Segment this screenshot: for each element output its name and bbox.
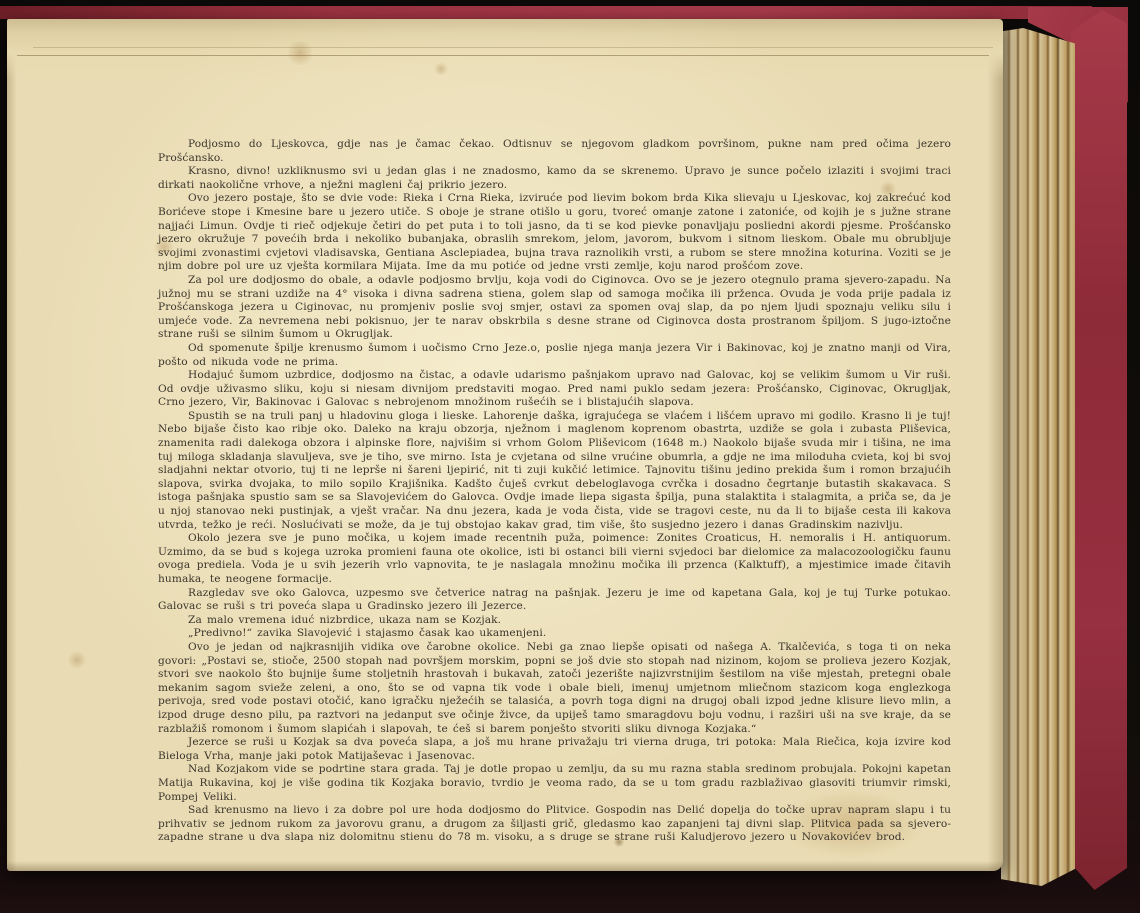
paragraph: Hodajuć šumom uzbrdice, dodjosmo na čist…	[158, 369, 951, 410]
paragraph: Ovo je jedan od najkrasnijih vidika ove …	[158, 641, 951, 736]
paragraph: Razgledav sve oko Galovca, uzpesmo sve č…	[158, 587, 951, 614]
book-cover-right	[1071, 10, 1127, 890]
page-top-edge-line	[17, 55, 989, 56]
paragraph: Spustih se na truli panj u hladovinu glo…	[158, 410, 951, 532]
paragraph: Jezerce se ruši u Kozjak sa dva poveća s…	[158, 736, 951, 763]
book-cover-top-edge	[0, 6, 1092, 19]
paragraph: Za pol ure dodjosmo do obale, a odavle p…	[158, 274, 951, 342]
page-top-edge-line	[33, 47, 993, 48]
paragraph: „Predivno!“ zavika Slavojević i stajasmo…	[158, 627, 951, 641]
age-spot	[433, 63, 449, 75]
paragraph: Okolo jezera sve je puno močika, u kojem…	[158, 532, 951, 586]
page-text: Podjosmo do Ljeskovca, gdje nas je čamac…	[158, 138, 951, 845]
paragraph: Za malo vremena iduć nizbrdice, ukaza na…	[158, 614, 951, 628]
paragraph: Podjosmo do Ljeskovca, gdje nas je čamac…	[158, 138, 951, 165]
page-edges-stack	[1001, 28, 1075, 886]
age-spot	[67, 651, 87, 669]
age-spot	[285, 41, 315, 65]
paragraph: Nad Kozjakom vide se podrtine stara grad…	[158, 763, 951, 804]
paragraph: Ovo jezero postaje, što se dvie vode: Ri…	[158, 192, 951, 274]
paragraph: Od spomenute špilje krenusmo šumom i uoč…	[158, 342, 951, 369]
paragraph: Sad krenusmo na lievo i za dobre pol ure…	[158, 804, 951, 845]
photo-background: Podjosmo do Ljeskovca, gdje nas je čamac…	[0, 0, 1140, 913]
book-page: Podjosmo do Ljeskovca, gdje nas je čamac…	[7, 19, 1003, 871]
paragraph: Krasno, divno! uzkliknusmo svi u jedan g…	[158, 165, 951, 192]
